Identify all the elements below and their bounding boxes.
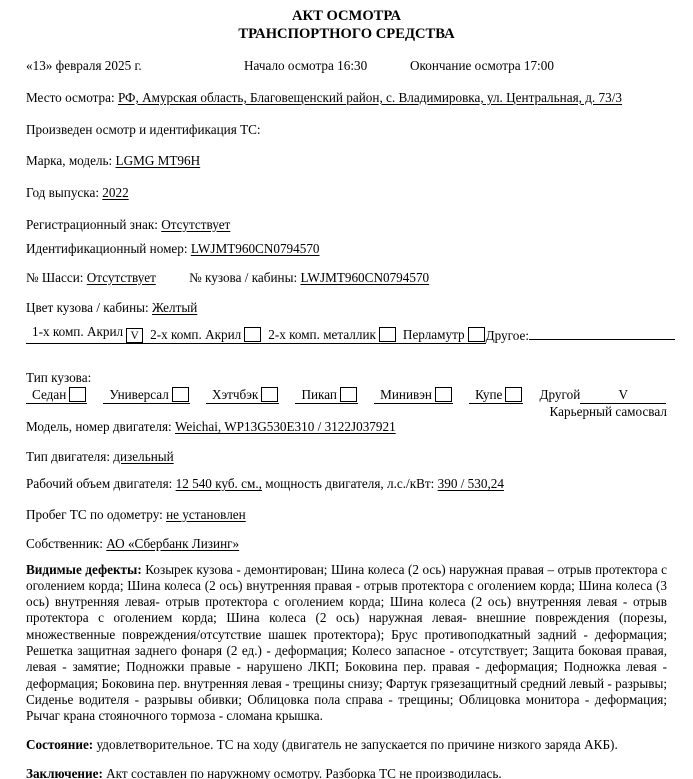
field-engine-type: Тип двигателя: дизельный: [26, 449, 667, 465]
paint-metallic-2k-checkbox: [379, 327, 396, 342]
paint-option-pearl: Перламутр: [397, 327, 486, 344]
body-option-hatchback: Хэтчбэк: [206, 387, 279, 404]
engine-model-value: Weichai, WP13G530E310 / 3122J037921: [175, 419, 396, 434]
chassis-label: № Шасси:: [26, 270, 83, 285]
body-number-pair: № кузова / кабины: LWJMT960CN0794570: [189, 270, 429, 285]
field-chassis-body: № Шасси: Отсутствует № кузова / кабины: …: [26, 270, 667, 286]
body-type-other: ДругойV Карьерный самосвал: [540, 387, 667, 419]
paint-option-metallic-2k: 2-х комп. металлик: [262, 327, 397, 344]
body-hatchback-checkbox: [261, 387, 278, 402]
document-title: АКТ ОСМОТРА ТРАНСПОРТНОГО СРЕДСТВА: [26, 8, 667, 43]
owner-value: АО «Сбербанк Лизинг»: [106, 536, 239, 551]
paint-option-acryl-1k-label: 1-х комп. Акрил: [32, 324, 123, 339]
condition-text: удовлетворительное. ТС на ходу (двигател…: [97, 737, 618, 752]
body-option-pickup: Пикап: [295, 387, 358, 404]
vin-label: Идентификационный номер:: [26, 241, 188, 256]
body-coupe-checkbox: [505, 387, 522, 402]
body-option-minivan-label: Минивэн: [380, 387, 432, 402]
paint-option-acryl-1k: 1-х комп. АкрилV: [26, 324, 144, 344]
body-minivan-checkbox: [435, 387, 452, 402]
field-make-model: Марка, модель: LGMG MT96H: [26, 153, 667, 169]
paint-option-acryl-2k: 2-х комп. Акрил: [144, 327, 262, 344]
conclusion-text: Акт составлен по наружному осмотру. Разб…: [106, 766, 502, 779]
reg-plate-value: Отсутствует: [161, 217, 230, 232]
mileage-value: не установлен: [166, 507, 246, 522]
performed-note: Произведен осмотр и идентификация ТС:: [26, 122, 667, 138]
engine-type-value: дизельный: [113, 449, 173, 464]
engine-power-value: 390 / 530,24: [438, 476, 504, 491]
color-value: Желтый: [152, 300, 197, 315]
field-mileage: Пробег ТС по одометру: не установлен: [26, 507, 667, 523]
field-vin: Идентификационный номер: LWJMT960CN07945…: [26, 241, 667, 257]
body-other-mark: V: [580, 387, 666, 404]
body-number-label: № кузова / кабины:: [189, 270, 297, 285]
location-label: Место осмотра:: [26, 90, 115, 105]
conclusion-paragraph: Заключение: Акт составлен по наружному о…: [26, 766, 667, 779]
date-row: «13» февраля 2025 г. Начало осмотра 16:3…: [26, 58, 667, 74]
body-other-line: ДругойV: [540, 387, 667, 404]
location-value: РФ, Амурская область, Благовещенский рай…: [118, 90, 622, 105]
body-option-hatchback-label: Хэтчбэк: [212, 387, 258, 402]
paint-type-row: 1-х комп. АкрилV 2-х комп. Акрил 2-х ком…: [26, 324, 667, 344]
field-color: Цвет кузова / кабины: Желтый: [26, 300, 667, 316]
field-engine-model: Модель, номер двигателя: Weichai, WP13G5…: [26, 419, 667, 435]
paint-acryl-2k-checkbox: [244, 327, 261, 342]
engine-model-label: Модель, номер двигателя:: [26, 419, 172, 434]
engine-type-label: Тип двигателя:: [26, 449, 110, 464]
field-engine-volume-power: Рабочий объем двигателя: 12 540 куб. см.…: [26, 476, 667, 492]
condition-label: Состояние:: [26, 737, 93, 752]
make-model-label: Марка, модель:: [26, 153, 112, 168]
condition-paragraph: Состояние: удовлетворительное. ТС на ход…: [26, 737, 667, 753]
reg-plate-label: Регистрационный знак:: [26, 217, 158, 232]
body-other-label: Другой: [540, 387, 581, 402]
paint-pearl-checkbox: [468, 327, 485, 342]
mileage-label: Пробег ТС по одометру:: [26, 507, 163, 522]
body-number-value: LWJMT960CN0794570: [300, 270, 429, 285]
inspection-start-time: Начало осмотра 16:30: [244, 58, 410, 74]
body-option-pickup-label: Пикап: [301, 387, 337, 402]
paint-option-metallic-2k-label: 2-х комп. металлик: [268, 327, 376, 342]
title-line2: ТРАНСПОРТНОГО СРЕДСТВА: [26, 26, 667, 44]
body-option-coupe: Купе: [469, 387, 523, 404]
body-option-sedan-label: Седан: [32, 387, 66, 402]
field-reg-plate: Регистрационный знак: Отсутствует: [26, 217, 667, 233]
body-type-row: Седан Универсал Хэтчбэк Пикап Минивэн Ку…: [26, 387, 667, 419]
field-owner: Собственник: АО «Сбербанк Лизинг»: [26, 536, 667, 552]
body-sedan-checkbox: [69, 387, 86, 402]
body-wagon-checkbox: [172, 387, 189, 402]
make-model-value: LGMG MT96H: [116, 153, 201, 168]
paint-other-label: Другое:: [486, 328, 529, 343]
body-option-sedan: Седан: [26, 387, 87, 404]
body-option-minivan: Минивэн: [374, 387, 453, 404]
body-option-wagon-label: Универсал: [109, 387, 168, 402]
body-option-coupe-label: Купе: [475, 387, 502, 402]
paint-option-pearl-label: Перламутр: [403, 327, 465, 342]
inspection-act-document: АКТ ОСМОТРА ТРАНСПОРТНОГО СРЕДСТВА «13» …: [0, 0, 693, 779]
defects-paragraph: Видимые дефекты: Козырек кузова - демонт…: [26, 562, 667, 725]
defects-label: Видимые дефекты:: [26, 562, 142, 577]
engine-power-label: мощность двигателя, л.с./кВт:: [265, 476, 434, 491]
year-value: 2022: [102, 185, 128, 200]
field-location: Место осмотра: РФ, Амурская область, Бла…: [26, 90, 667, 106]
year-label: Год выпуска:: [26, 185, 99, 200]
engine-volume-label: Рабочий объем двигателя:: [26, 476, 172, 491]
paint-other: Другое:: [486, 327, 675, 344]
body-other-value: Карьерный самосвал: [540, 404, 667, 420]
body-type-label: Тип кузова:: [26, 370, 667, 386]
engine-volume-value: 12 540 куб. см.,: [176, 476, 262, 491]
chassis-pair: № Шасси: Отсутствует: [26, 270, 156, 285]
conclusion-label: Заключение:: [26, 766, 103, 779]
inspection-date: «13» февраля 2025 г.: [26, 58, 244, 74]
field-year: Год выпуска: 2022: [26, 185, 667, 201]
color-label: Цвет кузова / кабины:: [26, 300, 149, 315]
chassis-value: Отсутствует: [87, 270, 156, 285]
defects-text: Козырек кузова - демонтирован; Шина коле…: [26, 562, 667, 724]
body-pickup-checkbox: [340, 387, 357, 402]
inspection-end-time: Окончание осмотра 17:00: [410, 58, 554, 74]
body-option-wagon: Универсал: [103, 387, 189, 404]
vin-value: LWJMT960CN0794570: [191, 241, 320, 256]
paint-option-acryl-2k-label: 2-х комп. Акрил: [150, 327, 241, 342]
owner-label: Собственник:: [26, 536, 103, 551]
paint-other-blank-line: [529, 327, 675, 340]
paint-acryl-1k-checkbox: V: [126, 328, 143, 343]
title-line1: АКТ ОСМОТРА: [26, 8, 667, 26]
